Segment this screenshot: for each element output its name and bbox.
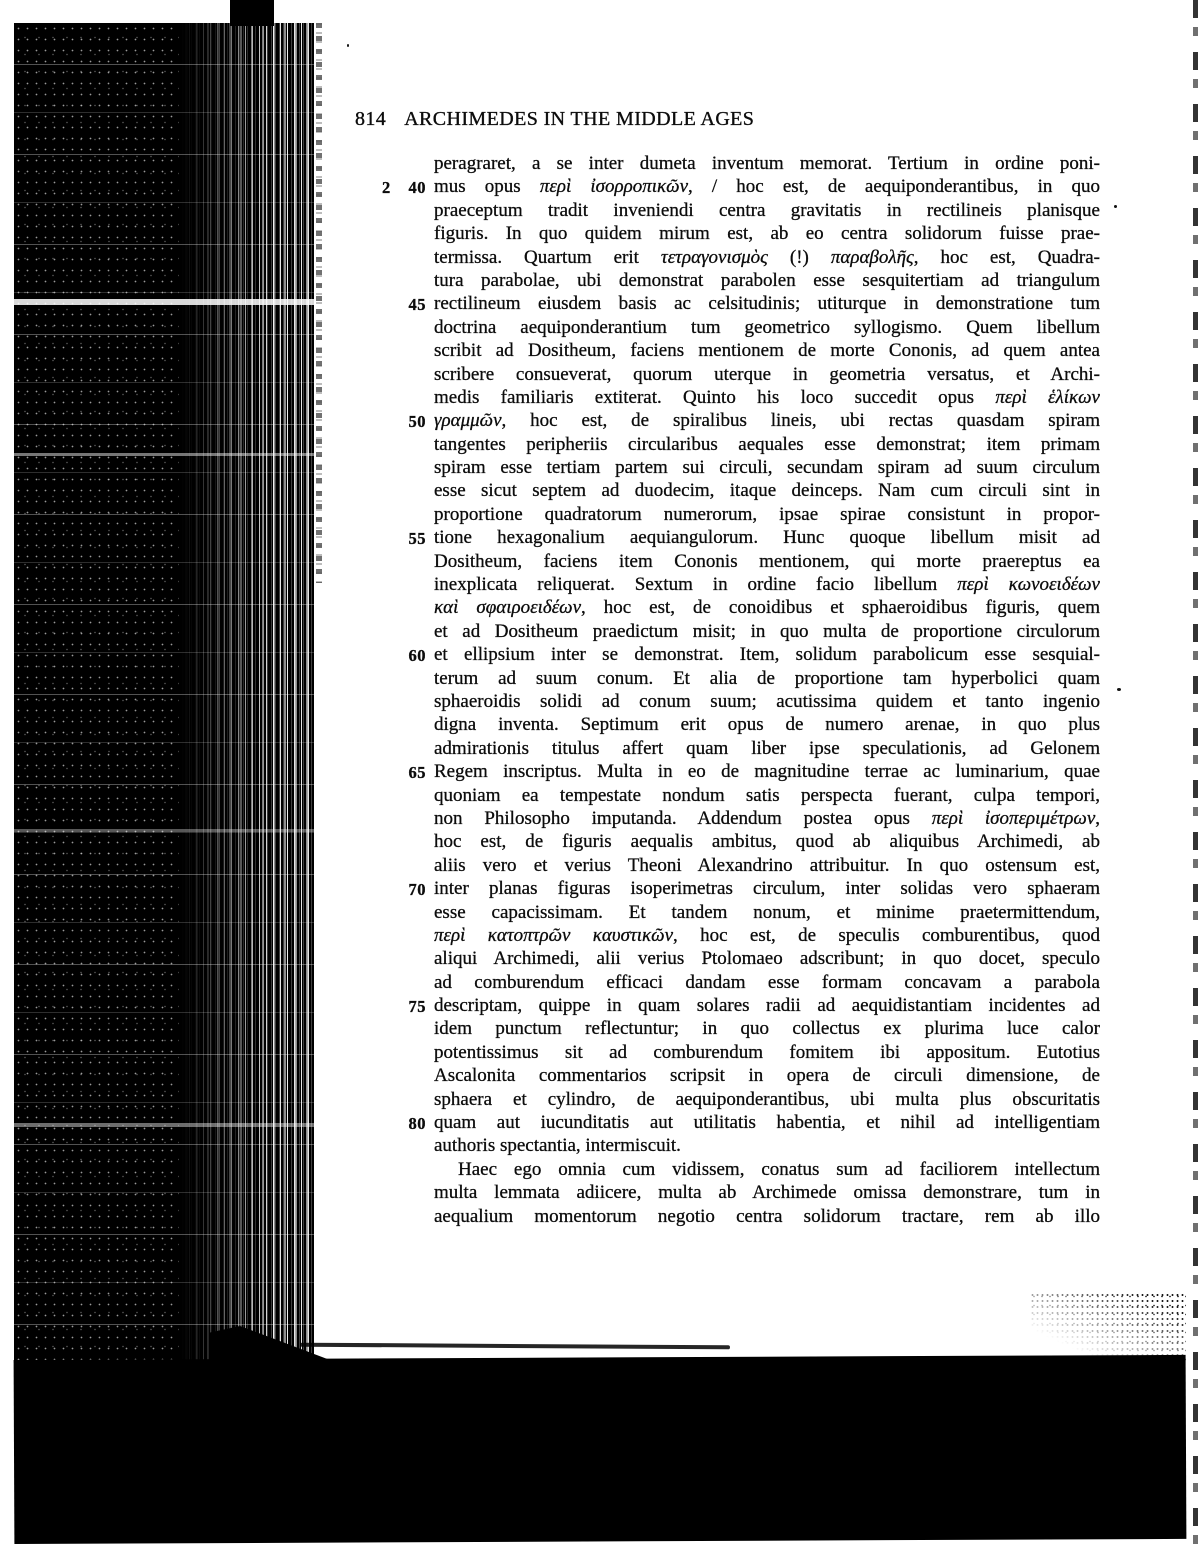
stray-ink-dot	[1114, 205, 1117, 208]
line-text: esse sicut septem ad duodecim, itaque de…	[434, 479, 1100, 502]
text-line: inexplicata reliquerat. Sextum in ordine…	[434, 573, 1100, 596]
latin-text: aliqui Archimedi, alii verius Ptolomaeo …	[434, 948, 1100, 969]
latin-text: peragraret, a se inter dumeta inventum m…	[434, 153, 1100, 174]
latin-text: doctrina aequiponderantium tum geometric…	[434, 317, 1100, 338]
body-text: peragraret, a se inter dumeta inventum m…	[434, 152, 1100, 1228]
text-line: potentissimus sit ad comburendum fomitem…	[434, 1041, 1100, 1064]
latin-text: sphaera et cylindro, de aequiponderantib…	[434, 1089, 1100, 1110]
latin-text: non Philosopho imputanda. Addendum poste…	[434, 808, 932, 829]
latin-text: , hoc est, Quadra-	[914, 247, 1100, 268]
line-text: Dositheum, faciens item Cononis mentione…	[434, 550, 1100, 573]
line-text: καὶ σφαιροειδέων, hoc est, de conoidibus…	[434, 596, 1100, 619]
greek-phrase: περὶ ἰσοπεριμέτρων	[932, 808, 1096, 829]
latin-text: spiram esse tertiam partem sui circuli, …	[434, 457, 1100, 478]
latin-text: Haec ego omnia cum vidissem, conatus sum…	[458, 1159, 1100, 1180]
greek-phrase: περὶ κατοπτρῶν καυστικῶν	[434, 925, 673, 946]
line-text: quoniam ea tempestate nondum satis persp…	[434, 784, 1100, 807]
text-line: Ascalonita commentarios scripsit in oper…	[434, 1064, 1100, 1087]
latin-text: inexplicata reliquerat. Sextum in ordine…	[434, 574, 957, 595]
latin-text: Dositheum, faciens item Cononis mentione…	[434, 551, 1100, 572]
text-line: aliis vero et verius Theoni Alexandrino …	[434, 854, 1100, 877]
latin-text: multa lemmata adiicere, multa ab Archime…	[434, 1182, 1100, 1203]
line-text: sphaera et cylindro, de aequiponderantib…	[434, 1088, 1100, 1111]
line-text: esse capacissimam. Et tandem nonum, et m…	[434, 901, 1100, 924]
line-text: idem punctum reflectuntur; in quo collec…	[434, 1017, 1100, 1040]
text-line: medis familiaris extiterat. Quinto his l…	[434, 386, 1100, 409]
latin-text: hoc est, de figuris aequalis ambitus, qu…	[434, 831, 1100, 852]
latin-text: et ellipsium inter se demonstrat. Item, …	[434, 644, 1100, 665]
line-text: ad comburendum efficaci dandam esse form…	[434, 971, 1100, 994]
text-line: ad comburendum efficaci dandam esse form…	[434, 971, 1100, 994]
greek-phrase: περὶ ἰσορροπικῶν	[540, 176, 688, 197]
line-number: 75	[382, 995, 426, 1018]
latin-text: , hoc est, de spiralibus lineis, ubi rec…	[502, 410, 1100, 431]
line-text: quam aut iucunditatis aut utilitatis hab…	[434, 1111, 1100, 1134]
latin-text: Ascalonita commentarios scripsit in oper…	[434, 1065, 1100, 1086]
text-line: 55tione hexagonalium aequiangulorum. Hun…	[434, 526, 1100, 549]
greek-phrase: τετραγονισμὸς	[661, 247, 768, 268]
line-text: hoc est, de figuris aequalis ambitus, qu…	[434, 830, 1100, 853]
line-text: aequalium momentorum negotio centra soli…	[434, 1205, 1100, 1228]
text-line: aequalium momentorum negotio centra soli…	[434, 1205, 1100, 1228]
text-line: tura parabolae, ubi demonstrat parabolen…	[434, 269, 1100, 292]
line-text: termissa. Quartum erit τετραγονισμὸς (!)…	[434, 246, 1100, 269]
text-line: 45rectilineum eiusdem basis ac celsitudi…	[434, 292, 1100, 315]
text-line: Dositheum, faciens item Cononis mentione…	[434, 550, 1100, 573]
stray-ink-dot	[347, 44, 349, 47]
text-line: 75descriptam, quippe in quam solares rad…	[434, 994, 1100, 1017]
gutter-edge-dashes	[316, 23, 322, 583]
line-text: potentissimus sit ad comburendum fomitem…	[434, 1041, 1100, 1064]
line-number: 45	[382, 293, 426, 316]
line-text: proportione quadratorum numerorum, ipsae…	[434, 503, 1100, 526]
right-edge-dashed-rule	[1193, 0, 1198, 1552]
text-line: esse capacissimam. Et tandem nonum, et m…	[434, 901, 1100, 924]
text-line: 80quam aut iucunditatis aut utilitatis h…	[434, 1111, 1100, 1134]
text-line: 70inter planas figuras isoperimetras cir…	[434, 877, 1100, 900]
latin-text: quam aut iucunditatis aut utilitatis hab…	[434, 1112, 1100, 1133]
page-number: 814	[355, 108, 386, 131]
latin-text: scribere consueverat, quorum uterque in …	[434, 364, 1100, 385]
latin-text: tura parabolae, ubi demonstrat parabolen…	[434, 270, 1100, 291]
latin-text: idem punctum reflectuntur; in quo collec…	[434, 1018, 1100, 1039]
stray-ink-dot	[1117, 688, 1121, 691]
latin-text: tangentes peripheriis circularibus aequa…	[434, 434, 1100, 455]
line-text: scribit ad Dositheum, faciens mentionem …	[434, 339, 1100, 362]
bottom-band-wisp	[300, 1343, 730, 1350]
line-text: peragraret, a se inter dumeta inventum m…	[434, 152, 1100, 175]
text-line: proportione quadratorum numerorum, ipsae…	[434, 503, 1100, 526]
line-number: 65	[382, 761, 426, 784]
line-text: sphaeroidis solidi ad conum suum; acutis…	[434, 690, 1100, 713]
latin-text: esse capacissimam. Et tandem nonum, et m…	[434, 902, 1100, 923]
line-text: mus opus περὶ ἰσορροπικῶν, / hoc est, de…	[434, 175, 1100, 198]
line-text: authoris spectantia, intermiscuit.	[434, 1134, 1100, 1157]
text-line: peragraret, a se inter dumeta inventum m…	[434, 152, 1100, 175]
line-text: doctrina aequiponderantium tum geometric…	[434, 316, 1100, 339]
line-text: admirationis titulus affert quam liber i…	[434, 737, 1100, 760]
latin-text: aequalium momentorum negotio centra soli…	[434, 1206, 1100, 1227]
text-line: authoris spectantia, intermiscuit.	[434, 1134, 1100, 1157]
latin-text: terum ad suum conum. Et alia de proporti…	[434, 668, 1100, 689]
line-text: aliqui Archimedi, alii verius Ptolomaeo …	[434, 947, 1100, 970]
line-text: aliis vero et verius Theoni Alexandrino …	[434, 854, 1100, 877]
text-line: 60et ellipsium inter se demonstrat. Item…	[434, 643, 1100, 666]
latin-text: esse sicut septem ad duodecim, itaque de…	[434, 480, 1100, 501]
latin-text: descriptam, quippe in quam solares radii…	[434, 995, 1100, 1016]
latin-text: inter planas figuras isoperimetras circu…	[434, 878, 1100, 899]
line-text: praeceptum tradit inveniendi centra grav…	[434, 199, 1100, 222]
text-line: scribere consueverat, quorum uterque in …	[434, 363, 1100, 386]
line-text: medis familiaris extiterat. Quinto his l…	[434, 386, 1100, 409]
latin-text: , hoc est, de speculis comburentibus, qu…	[673, 925, 1100, 946]
line-text: spiram esse tertiam partem sui circuli, …	[434, 456, 1100, 479]
line-number: 70	[382, 878, 426, 901]
text-line: digna inventa. Septimum erit opus de num…	[434, 713, 1100, 736]
bottom-band-noise	[1030, 1292, 1186, 1366]
latin-text: mus opus	[434, 176, 540, 197]
scan-white-band	[14, 453, 314, 456]
text-line: aliqui Archimedi, alii verius Ptolomaeo …	[434, 947, 1100, 970]
latin-text: potentissimus sit ad comburendum fomitem…	[434, 1042, 1100, 1063]
latin-text: termissa. Quartum erit	[434, 247, 661, 268]
latin-text: rectilineum eiusdem basis ac celsitudini…	[434, 293, 1100, 314]
line-text: non Philosopho imputanda. Addendum poste…	[434, 807, 1100, 830]
text-line: et ad Dositheum praedictum misit; in quo…	[434, 620, 1100, 643]
text-line: non Philosopho imputanda. Addendum poste…	[434, 807, 1100, 830]
top-edge-ink-notch	[230, 0, 274, 26]
text-line: quoniam ea tempestate nondum satis persp…	[434, 784, 1100, 807]
text-line: sphaera et cylindro, de aequiponderantib…	[434, 1088, 1100, 1111]
latin-text: proportione quadratorum numerorum, ipsae…	[434, 504, 1100, 525]
latin-text: , hoc est, de conoidibus et sphaeroidibu…	[581, 597, 1100, 618]
scan-white-band	[14, 1123, 314, 1127]
latin-text: , / hoc est, de aequiponderantibus, in q…	[688, 176, 1100, 197]
line-text: multa lemmata adiicere, multa ab Archime…	[434, 1181, 1100, 1204]
line-number: 40	[382, 176, 426, 199]
running-head: ARCHIMEDES IN THE MIDDLE AGES	[404, 108, 754, 131]
latin-text: et ad Dositheum praedictum misit; in quo…	[434, 621, 1100, 642]
line-text: terum ad suum conum. Et alia de proporti…	[434, 667, 1100, 690]
latin-text: quoniam ea tempestate nondum satis persp…	[434, 785, 1100, 806]
scan-white-band	[14, 299, 314, 305]
latin-text: medis familiaris extiterat. Quinto his l…	[434, 387, 995, 408]
text-line: καὶ σφαιροειδέων, hoc est, de conoidibus…	[434, 596, 1100, 619]
line-text: Regem inscriptus. Multa in eo de magnitu…	[434, 760, 1100, 783]
text-line: sphaeroidis solidi ad conum suum; acutis…	[434, 690, 1100, 713]
line-text: inter planas figuras isoperimetras circu…	[434, 877, 1100, 900]
line-text: digna inventa. Septimum erit opus de num…	[434, 713, 1100, 736]
gutter-scan-artifact	[14, 23, 314, 1375]
latin-text: admirationis titulus affert quam liber i…	[434, 738, 1100, 759]
line-text: inexplicata reliquerat. Sextum in ordine…	[434, 573, 1100, 596]
latin-text: figuris. In quo quidem mirum est, ab eo …	[434, 223, 1100, 244]
text-line: 50γραμμῶν, hoc est, de spiralibus lineis…	[434, 409, 1100, 432]
latin-text: praeceptum tradit inveniendi centra grav…	[434, 200, 1100, 221]
latin-text: scribit ad Dositheum, faciens mentionem …	[434, 340, 1100, 361]
line-text: tione hexagonalium aequiangulorum. Hunc …	[434, 526, 1100, 549]
line-number: 50	[382, 410, 426, 433]
line-text: Haec ego omnia cum vidissem, conatus sum…	[434, 1158, 1100, 1181]
latin-text: Regem inscriptus. Multa in eo de magnitu…	[434, 761, 1100, 782]
line-text: Ascalonita commentarios scripsit in oper…	[434, 1064, 1100, 1087]
latin-text: aliis vero et verius Theoni Alexandrino …	[434, 855, 1100, 876]
text-line: termissa. Quartum erit τετραγονισμὸς (!)…	[434, 246, 1100, 269]
latin-text: tione hexagonalium aequiangulorum. Hunc …	[434, 527, 1100, 548]
greek-phrase: γραμμῶν	[434, 410, 502, 431]
text-line: Haec ego omnia cum vidissem, conatus sum…	[434, 1158, 1100, 1181]
latin-text: digna inventa. Septimum erit opus de num…	[434, 714, 1100, 735]
text-line: περὶ κατοπτρῶν καυστικῶν, hoc est, de sp…	[434, 924, 1100, 947]
line-number: 55	[382, 527, 426, 550]
line-text: περὶ κατοπτρῶν καυστικῶν, hoc est, de sp…	[434, 924, 1100, 947]
text-line: tangentes peripheriis circularibus aequa…	[434, 433, 1100, 456]
greek-phrase: περὶ κωνοειδέων	[957, 574, 1100, 595]
latin-text: authoris spectantia, intermiscuit.	[434, 1135, 681, 1156]
line-text: descriptam, quippe in quam solares radii…	[434, 994, 1100, 1017]
page-header: 814 ARCHIMEDES IN THE MIDDLE AGES	[355, 108, 754, 131]
latin-text: (!)	[768, 247, 831, 268]
text-line: terum ad suum conum. Et alia de proporti…	[434, 667, 1100, 690]
line-text: rectilineum eiusdem basis ac celsitudini…	[434, 292, 1100, 315]
scan-white-band	[14, 829, 314, 832]
line-text: scribere consueverat, quorum uterque in …	[434, 363, 1100, 386]
line-text: et ad Dositheum praedictum misit; in quo…	[434, 620, 1100, 643]
line-number: 60	[382, 644, 426, 667]
text-line: scribit ad Dositheum, faciens mentionem …	[434, 339, 1100, 362]
greek-phrase: περὶ ἑλίκων	[995, 387, 1100, 408]
text-line: doctrina aequiponderantium tum geometric…	[434, 316, 1100, 339]
scanned-book-page: 814 ARCHIMEDES IN THE MIDDLE AGES peragr…	[0, 0, 1200, 1552]
text-line: spiram esse tertiam partem sui circuli, …	[434, 456, 1100, 479]
text-line: idem punctum reflectuntur; in quo collec…	[434, 1017, 1100, 1040]
latin-text: sphaeroidis solidi ad conum suum; acutis…	[434, 691, 1100, 712]
line-number: 80	[382, 1112, 426, 1135]
latin-text: ,	[1095, 808, 1100, 829]
text-line: praeceptum tradit inveniendi centra grav…	[434, 199, 1100, 222]
text-line: esse sicut septem ad duodecim, itaque de…	[434, 479, 1100, 502]
line-text: tura parabolae, ubi demonstrat parabolen…	[434, 269, 1100, 292]
text-line: figuris. In quo quidem mirum est, ab eo …	[434, 222, 1100, 245]
text-line: admirationis titulus affert quam liber i…	[434, 737, 1100, 760]
gutter-horizontal-scratches	[14, 23, 314, 1375]
text-line: 240mus opus περὶ ἰσορροπικῶν, / hoc est,…	[434, 175, 1100, 198]
text-line: hoc est, de figuris aequalis ambitus, qu…	[434, 830, 1100, 853]
line-text: et ellipsium inter se demonstrat. Item, …	[434, 643, 1100, 666]
greek-phrase: καὶ σφαιροειδέων	[434, 597, 581, 618]
line-text: figuris. In quo quidem mirum est, ab eo …	[434, 222, 1100, 245]
bottom-scan-band	[14, 1355, 1187, 1544]
line-text: tangentes peripheriis circularibus aequa…	[434, 433, 1100, 456]
text-line: multa lemmata adiicere, multa ab Archime…	[434, 1181, 1100, 1204]
text-line: 65Regem inscriptus. Multa in eo de magni…	[434, 760, 1100, 783]
line-text: γραμμῶν, hoc est, de spiralibus lineis, …	[434, 409, 1100, 432]
latin-text: ad comburendum efficaci dandam esse form…	[434, 972, 1100, 993]
greek-phrase: παραβολῆς	[831, 247, 914, 268]
